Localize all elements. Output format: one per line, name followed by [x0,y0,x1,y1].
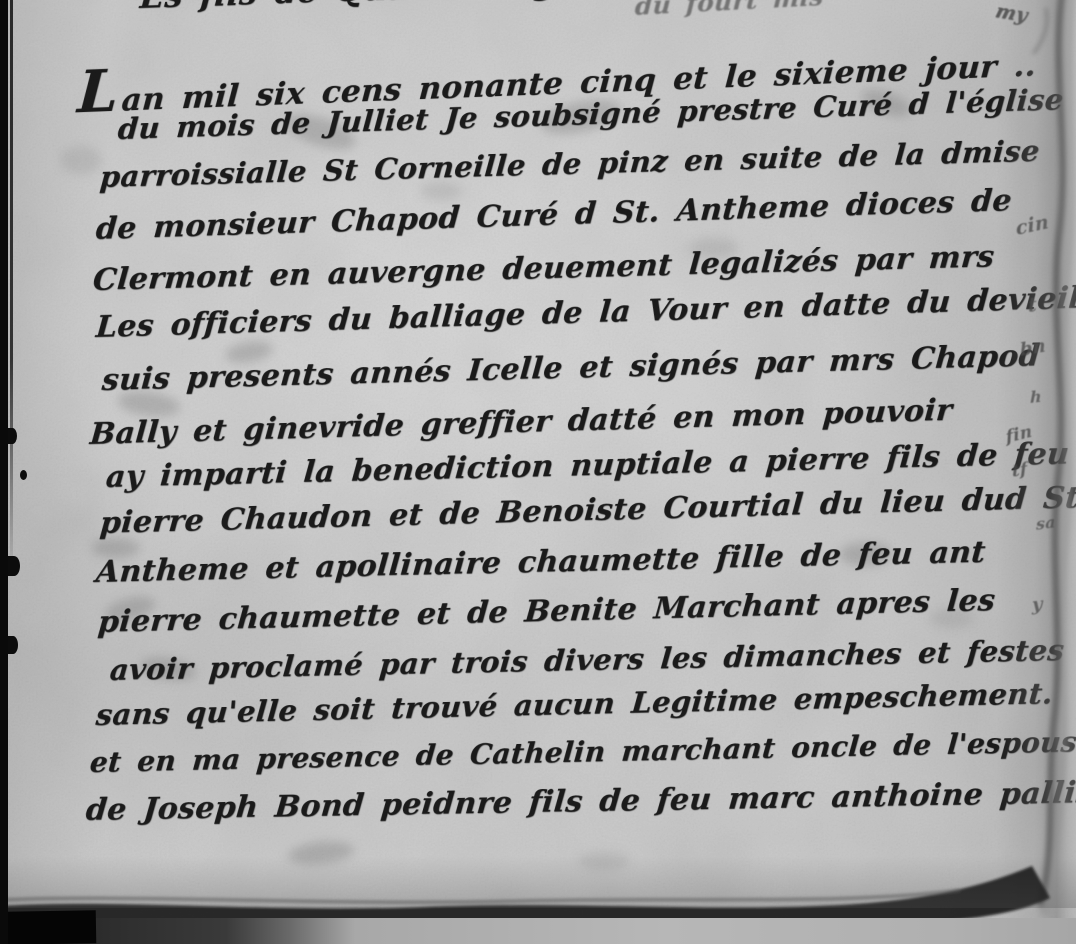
manuscript-line: parroissialle St Corneille de pinz en su… [99,134,1041,194]
scan-left-border [0,0,8,944]
clipped-header-line-right: du fourt mis [634,0,824,21]
margin-mark: t [1028,294,1038,317]
left-edge-ink-blob [8,636,18,654]
bleed-through-smudge [578,852,630,870]
manuscript-line: Antheme et apollinaire chaumette fille d… [95,535,987,590]
margin-mark: tf [1011,459,1028,482]
margin-mark: bn [1019,335,1046,361]
manuscript-line: de Joseph Bond peidnre fils de feu marc … [84,775,1076,828]
manuscript-line: suis presents annés Icelle et signés par… [101,338,1042,398]
scan-bottom-background [0,918,1076,944]
manuscript-line: de monsieur Chapod Curé d St. Antheme di… [95,183,1013,247]
left-edge-ink-blob [8,428,17,444]
bleed-through-smudge [60,146,102,174]
margin-mark: sa [1036,512,1056,534]
left-edge-ink-blob [20,470,27,480]
manuscript-scan: Es fils de Quatre vingt quinze. du fourt… [0,0,1076,944]
bottom-paper-shading [0,856,1076,908]
bleed-through-smudge [287,839,355,868]
manuscript-line: et en ma presence de Cathelin marchant o… [89,725,1076,779]
left-edge-ink-blob [8,556,20,576]
manuscript-line: pierre chaumette et de Benite Marchant a… [97,583,997,640]
scan-corner-black [6,910,97,944]
margin-mark: h [1030,387,1042,407]
left-edge-line [10,0,13,580]
margin-mark: y [1032,594,1043,616]
manuscript-line: sans qu'elle soit trouvé aucun Legitime … [95,676,1055,732]
margin-mark: cin [1015,211,1050,240]
